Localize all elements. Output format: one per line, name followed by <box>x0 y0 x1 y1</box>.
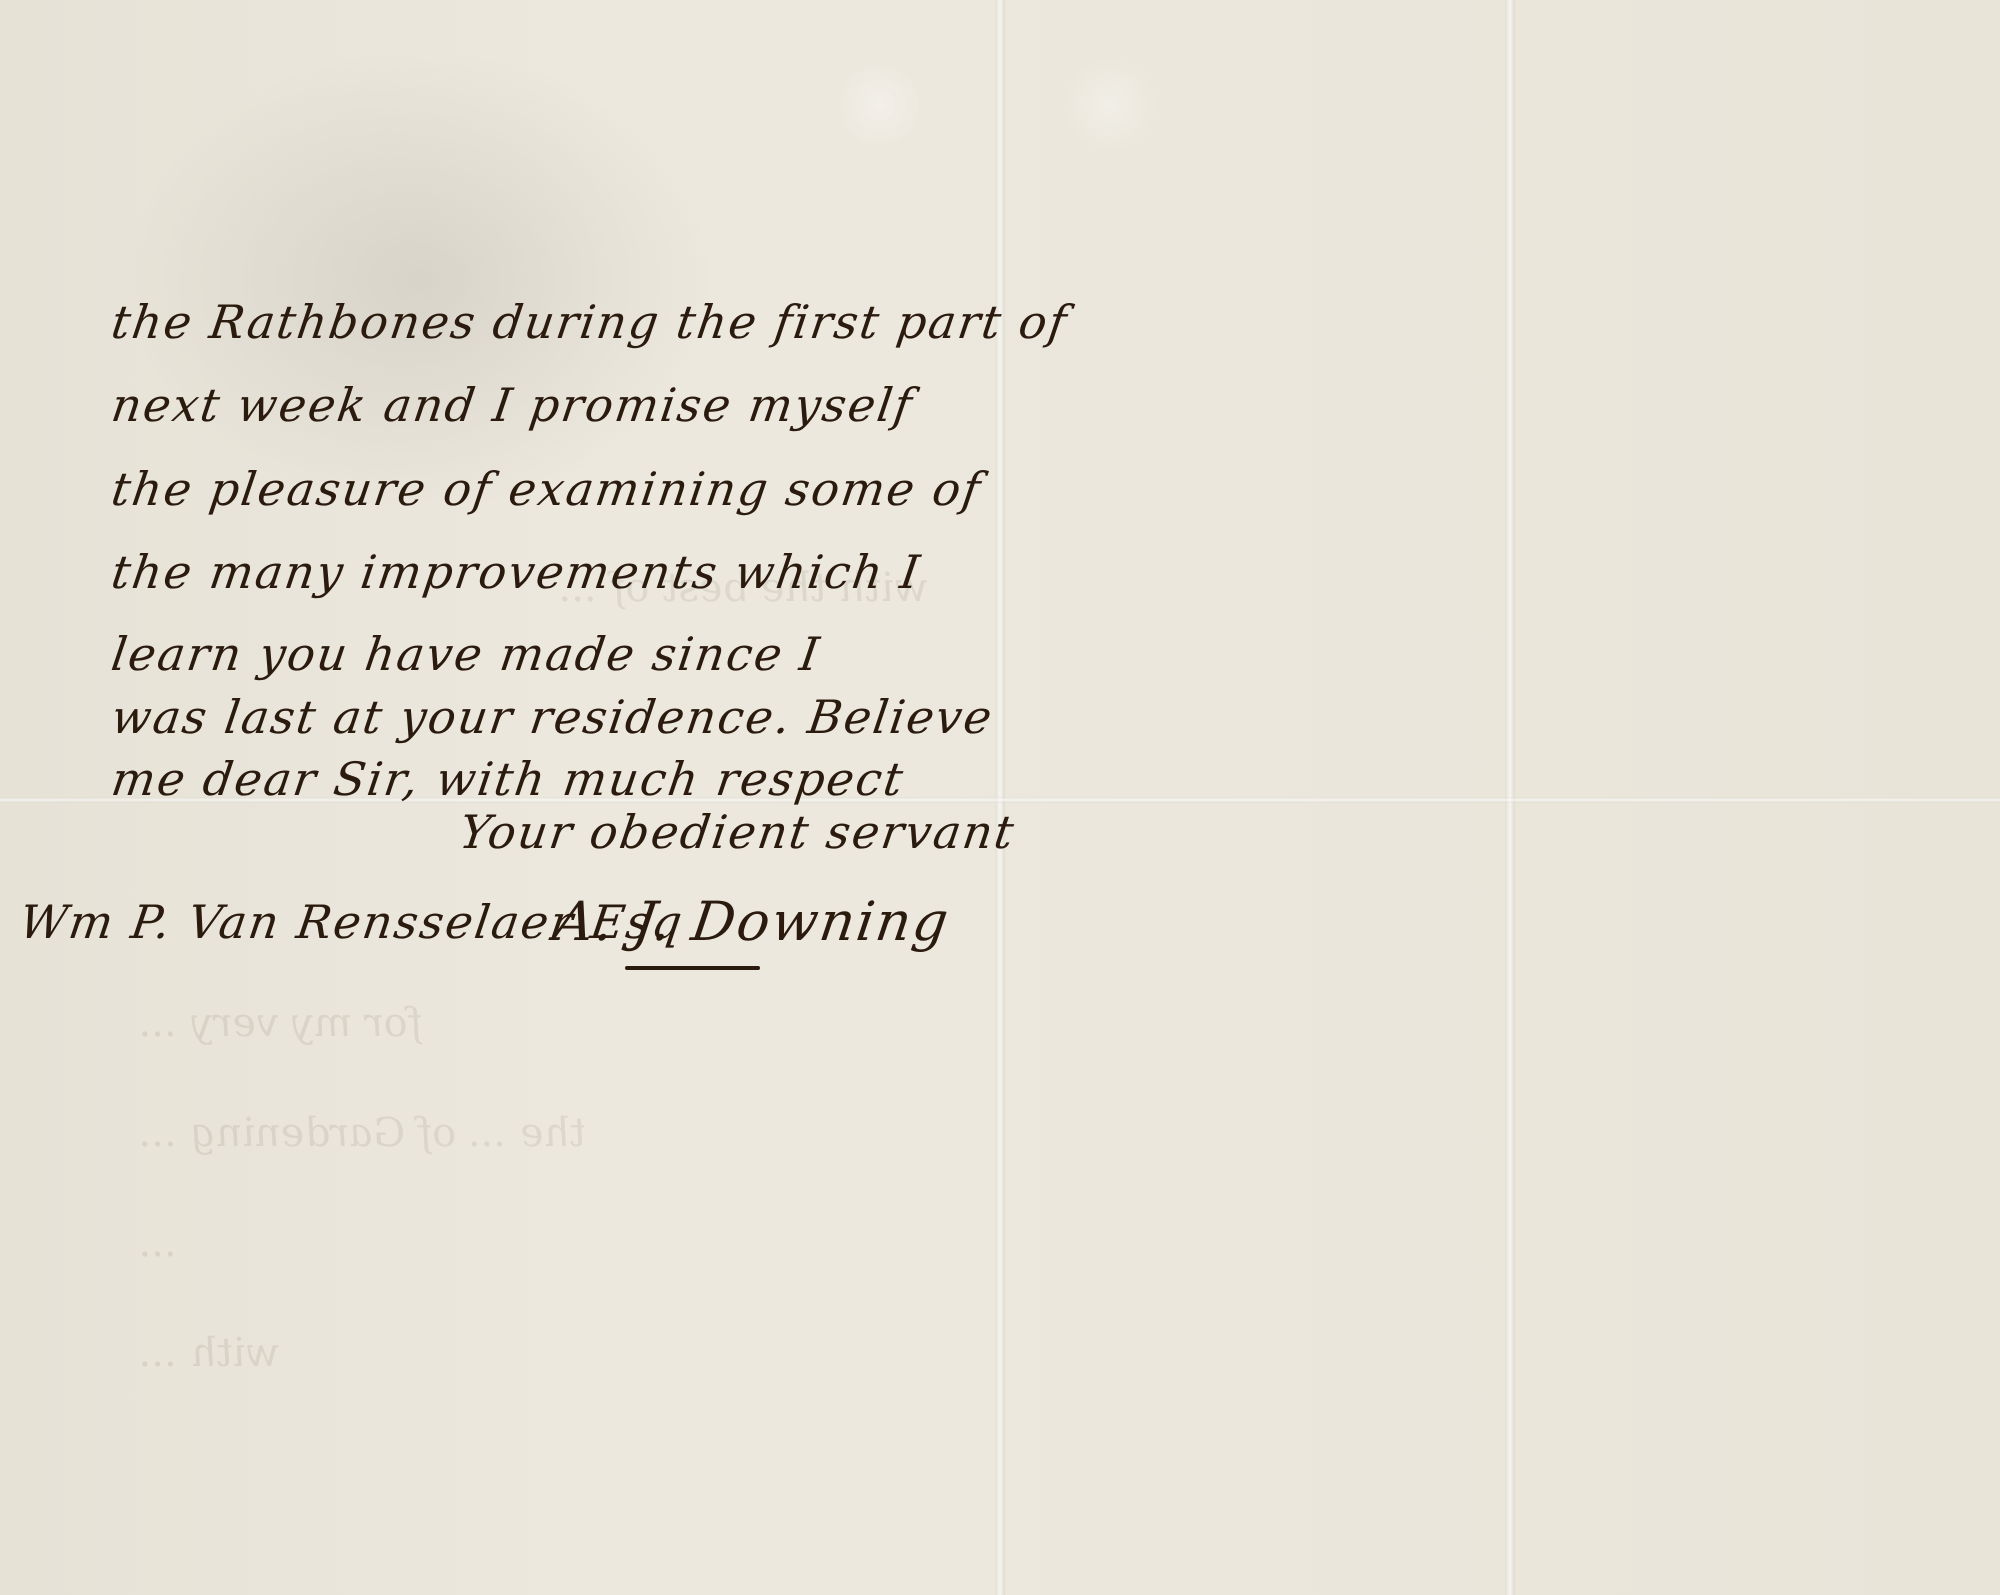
letter-signature: A. J. Downing <box>551 890 954 953</box>
letter-body-line: learn you have made since I <box>108 627 824 681</box>
letter-body-line: me dear Sir, with much respect <box>108 752 908 806</box>
letter-sheet: with the best of ... for my very ... the… <box>0 0 2000 1595</box>
show-through-text: for my very ... <box>137 1000 426 1046</box>
letter-closing: Your obedient servant <box>456 805 1019 859</box>
letter-body-line: the Rathbones during the first part of <box>108 295 1072 349</box>
letter-body-line: next week and I promise myself <box>108 378 917 432</box>
letter-body-line: the pleasure of examining some of <box>108 462 985 516</box>
signature-flourish <box>625 966 760 970</box>
show-through-text: ... <box>137 1220 182 1266</box>
letter-body-line: the many improvements which I <box>108 545 925 599</box>
show-through-text: the ... of Gardening ... <box>137 1110 589 1156</box>
letter-body-line: was last at your residence. Believe <box>108 690 997 744</box>
show-through-text: with ... <box>137 1330 283 1376</box>
